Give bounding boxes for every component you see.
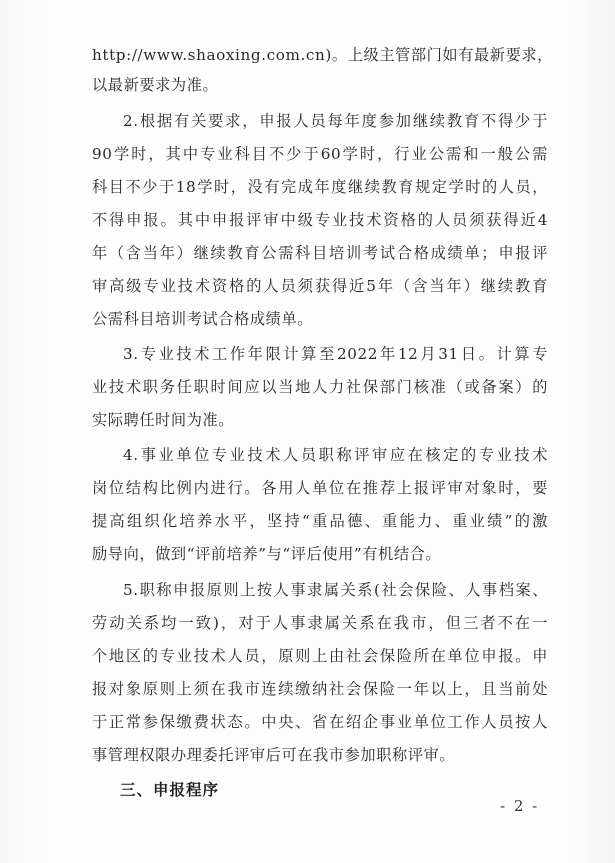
- text-line: 于正常参保缴费状态。中央、省在绍企事业单位工作人员按人: [92, 712, 548, 732]
- document-page: http://www.shaoxing.com.cn)。上级主管部门如有最新要求…: [0, 0, 615, 863]
- paragraph-4-line: 4.事业单位专业技术人员职称评审应在核定的专业技术: [123, 445, 548, 465]
- paragraph-5-line: 5.职称申报原则上按人事隶属关系(社会保险、人事档案、: [123, 580, 548, 600]
- text-line: 实际聘任时间为准。: [92, 410, 234, 430]
- text-line: 报对象原则上须在我市连续缴纳社会保险一年以上，且当前处: [92, 679, 548, 699]
- section-heading: 三、申报程序: [120, 780, 219, 800]
- text-line: 励导向，做到“评前培养”与“评后使用”有机结合。: [92, 544, 441, 564]
- text-line: 审高级专业技术资格的人员须获得近5年（含当年）继续教育: [92, 276, 548, 296]
- text-line: 岗位结构比例内进行。各用人单位在推荐上报评审对象时，要: [92, 478, 548, 498]
- text-line: 业技术职务任职时间应以当地人力社保部门核准（或备案）的: [92, 377, 548, 397]
- text-line: 个地区的专业技术人员，原则上由社会保险所在单位申报。申: [92, 646, 548, 666]
- text-line: 90学时，其中专业科目不少于60学时，行业公需和一般公需: [92, 144, 548, 164]
- paragraph-2-line: 2.根据有关要求，申报人员每年度参加继续教育不得少于: [123, 111, 548, 131]
- text-line: 提高组织化培养水平，坚持“重品德、重能力、重业绩”的激: [92, 511, 548, 531]
- paragraph-3-line: 3.专业技术工作年限计算至2022年12月31日。计算专: [123, 344, 548, 364]
- text-line: 年（含当年）继续教育公需科目培训考试合格成绩单；申报评: [92, 243, 548, 263]
- text-line: 不得申报。其中申报评审中级专业技术资格的人员须获得近4: [92, 210, 548, 230]
- text-line: 公需科目培训考试合格成绩单。: [92, 309, 313, 329]
- text-line: http://www.shaoxing.com.cn)。上级主管部门如有最新要求…: [92, 45, 548, 65]
- text-line: 事管理权限办理委托评审后可在我市参加职称评审。: [92, 745, 455, 765]
- page-number: - 2 -: [500, 796, 539, 816]
- text-line: 以最新要求为准。: [92, 75, 218, 95]
- text-line: 科目不少于18学时，没有完成年度继续教育规定学时的人员，: [92, 177, 548, 197]
- text-line: 劳动关系均一致)，对于人事隶属关系在我市，但三者不在一: [92, 613, 548, 633]
